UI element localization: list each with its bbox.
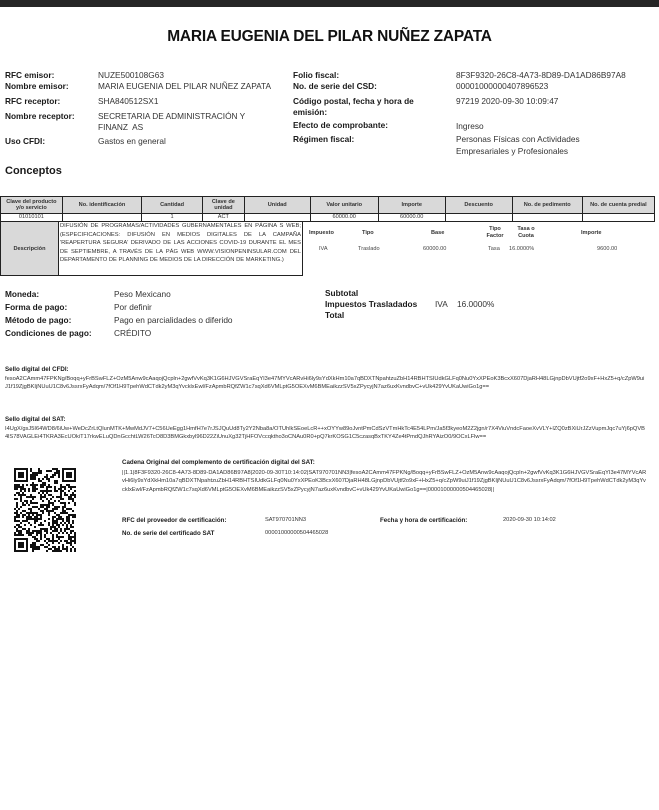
uso-cfdi-label: Uso CFDI: xyxy=(5,136,45,147)
folio-fiscal-label: Folio fiscal: xyxy=(293,70,339,81)
tax-impuesto: IVA xyxy=(319,246,328,253)
condiciones-pago-value: CRÉDITO xyxy=(114,327,151,340)
tax-tipo: Traslado xyxy=(358,246,380,253)
col-valor-unitario: Valor unitario xyxy=(310,197,378,214)
conceptos-header-row: Clave del producto y/o servicio No. iden… xyxy=(1,197,655,214)
tax-header-tipo-factor-l1: Tipo xyxy=(489,226,501,232)
tax-tipo-factor: Tasa xyxy=(488,246,500,253)
uso-cfdi-value: Gastos en general xyxy=(98,136,166,147)
condiciones-pago-label: Condiciones de pago: xyxy=(5,327,92,340)
tax-tasa: 16.0000% xyxy=(509,246,534,253)
rfc-emisor-label: RFC emisor: xyxy=(5,70,54,81)
col-cantidad: Cantidad xyxy=(142,197,203,214)
fecha-certificacion-value: 2020-09-30 10:14:02 xyxy=(503,516,556,524)
tax-header-importe: Importe xyxy=(581,230,602,237)
regimen-value-line2: Empresariales y Profesionales xyxy=(456,146,568,157)
nombre-receptor-value-line2: FINANZ AS xyxy=(98,122,143,133)
forma-pago-label: Forma de pago: xyxy=(5,301,67,314)
regimen-value-line1: Personas Físicas con Actividades xyxy=(456,134,580,145)
tax-importe: 9600.00 xyxy=(597,246,617,253)
nombre-receptor-value-line1: SECRETARIA DE ADMINISTRACIÓN Y xyxy=(98,111,245,122)
nombre-emisor-label: Nombre emisor: xyxy=(5,81,69,92)
viewer-top-bar xyxy=(0,0,659,7)
moneda-value: Peso Mexicano xyxy=(114,288,171,301)
rfc-emisor-value: NUZE500108G63 xyxy=(98,70,164,81)
tax-header-tipo-factor: Tipo Factor xyxy=(483,226,507,240)
efecto-label: Efecto de comprobante: xyxy=(293,120,388,131)
nombre-receptor-label: Nombre receptor: xyxy=(5,111,75,122)
qr-code-icon xyxy=(12,466,78,554)
folio-fiscal-value: 8F3F9320-26C8-4A73-8D89-DA1AD86B97A8 xyxy=(456,70,626,81)
cadena-original-label: Cadena Original del complemento de certi… xyxy=(122,459,315,466)
descripcion-text: DIFUSIÓN DE PROGRAMAS/ACTIVIDADES GUBERN… xyxy=(59,221,303,276)
tax-header-tipo-factor-l2: Factor xyxy=(486,233,503,239)
cadena-original-text: ||1.1|8F3F9320-26C8-4A73-8D89-DA1AD86B97… xyxy=(122,469,647,494)
conceptos-table: Clave del producto y/o servicio No. iden… xyxy=(0,196,655,222)
rfc-receptor-label: RFC receptor: xyxy=(5,96,60,107)
regimen-label: Régimen fiscal: xyxy=(293,134,354,145)
impuestos-concepto: Impuesto Tipo Base Tipo Factor Tasa o Cu… xyxy=(303,221,655,276)
moneda-label: Moneda: xyxy=(5,288,39,301)
rfc-proveedor-label: RFC del proveedor de certificación: xyxy=(122,517,227,524)
sello-cfdi-text: fesoA2CAmm47FPKNg/Boqq+yFrBSwFLZ+OzM5Anw… xyxy=(5,375,645,392)
serie-certificado-sat-label: No. de serie del certificado SAT xyxy=(122,530,214,537)
codigo-postal-label-line2: emisión: xyxy=(293,107,327,118)
serie-csd-label: No. de serie del CSD: xyxy=(293,81,377,92)
conceptos-heading: Conceptos xyxy=(5,165,62,177)
tax-header-tipo: Tipo xyxy=(362,230,374,237)
impuesto-tasa: 16.0000% xyxy=(457,299,494,309)
tax-base: 60000.00 xyxy=(423,246,446,253)
document-title: MARIA EUGENIA DEL PILAR NUÑEZ ZAPATA xyxy=(0,28,659,46)
forma-pago-value: Por definir xyxy=(114,301,152,314)
impuesto-nombre: IVA xyxy=(435,299,448,309)
col-no-identificacion: No. identificación xyxy=(62,197,142,214)
efecto-value: Ingreso xyxy=(456,121,484,132)
col-importe: Importe xyxy=(378,197,445,214)
nombre-emisor-value: MARIA EUGENIA DEL PILAR NUÑEZ ZAPATA xyxy=(98,81,271,92)
tax-header-impuesto: Impuesto xyxy=(309,230,334,237)
descripcion-label: Descripción xyxy=(0,221,59,276)
serie-certificado-sat-value: 00001000000504465028 xyxy=(265,529,328,537)
col-unidad: Unidad xyxy=(244,197,310,214)
tax-header-tasa-l2: Cuota xyxy=(518,233,534,239)
col-pedimento: No. de pedimento xyxy=(512,197,582,214)
metodo-pago-label: Método de pago: xyxy=(5,314,71,327)
rfc-proveedor-value: SAT970701NN3 xyxy=(265,516,306,524)
serie-csd-value: 00001000000407896523 xyxy=(456,81,548,92)
rfc-receptor-value: SHA840512SX1 xyxy=(98,96,158,107)
tax-header-tasa-l1: Tasa o xyxy=(517,226,534,232)
impuestos-trasladados-label: Impuestos Trasladados xyxy=(325,299,417,309)
subtotal-label: Subtotal xyxy=(325,288,358,298)
sello-cfdi-label: Sello digital del CFDI: xyxy=(5,366,69,373)
total-label: Total xyxy=(325,310,344,320)
codigo-postal-value: 97219 2020-09-30 10:09:47 xyxy=(456,96,558,107)
tax-header-base: Base xyxy=(431,230,444,237)
col-descuento: Descuento xyxy=(445,197,512,214)
fecha-certificacion-label: Fecha y hora de certificación: xyxy=(380,517,467,524)
sello-sat-label: Sello digital del SAT: xyxy=(5,416,65,423)
codigo-postal-label-line1: Código postal, fecha y hora de xyxy=(293,96,414,107)
metodo-pago-value: Pago en parcialidades o diferido xyxy=(114,314,233,327)
col-clave-unidad: Clave de unidad xyxy=(202,197,244,214)
tax-header-tasa: Tasa o Cuota xyxy=(512,226,540,240)
col-cuenta-predial: No. de cuenta predial xyxy=(582,197,654,214)
col-clave: Clave del producto y/o servicio xyxy=(1,197,63,214)
sello-sat-text: I4UgX/gsJ5I64WD8/6iUw+WeDcZrLtQlunMTK+Mw… xyxy=(5,425,645,442)
